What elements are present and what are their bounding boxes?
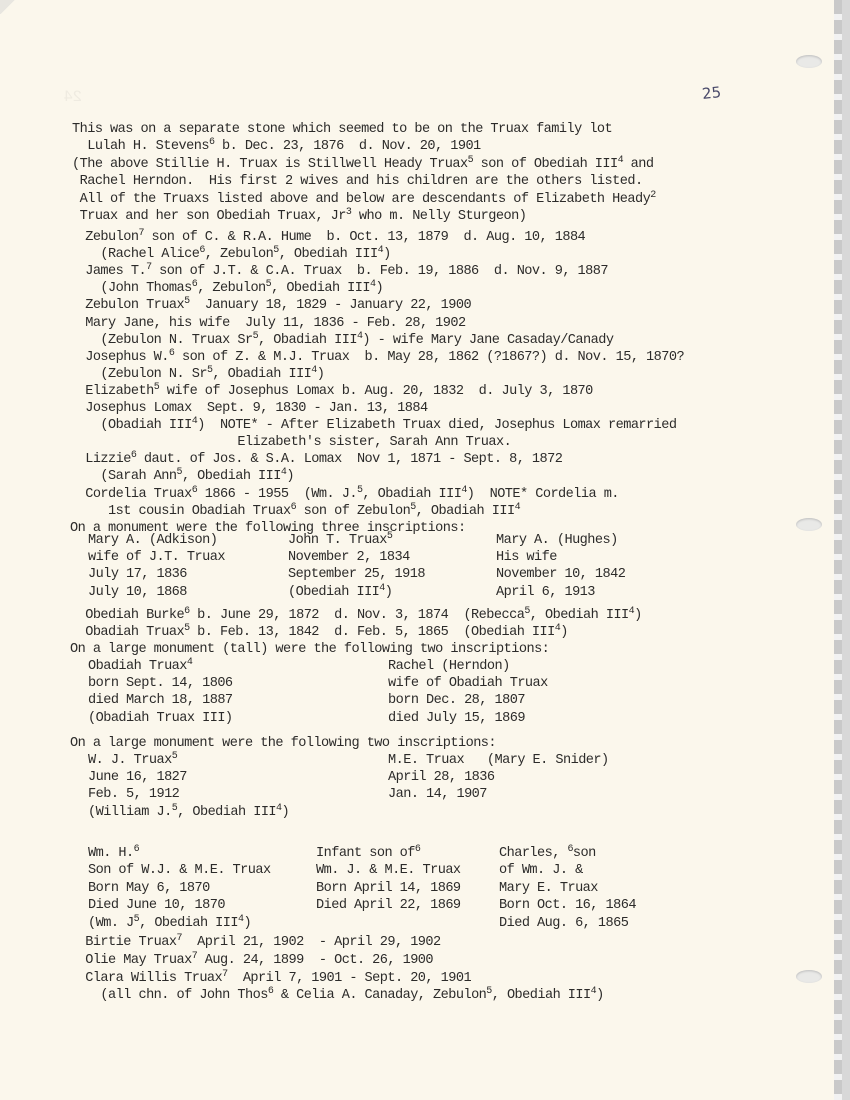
large-inscription-column-2: Jan. 14, 1907 xyxy=(388,786,487,803)
tall-inscription-column-2: wife of Obadiah Truax xyxy=(388,675,548,692)
generation-superscript: 5 xyxy=(177,467,182,478)
generation-superscript: 6 xyxy=(415,844,420,855)
generation-superscript: 4 xyxy=(629,606,634,617)
entry-line: James T.7 son of J.T. & C.A. Truax b. Fe… xyxy=(70,263,608,280)
generation-superscript: 5 xyxy=(134,914,139,925)
intro-line: All of the Truaxs listed above and below… xyxy=(72,191,656,208)
generation-superscript: 6 xyxy=(291,502,296,513)
generation-superscript: 7 xyxy=(192,951,197,962)
intro-line: (The above Stillie H. Truax is Stillwell… xyxy=(72,156,654,173)
entry-line: Elizabeth5 wife of Josephus Lomax b. Aug… xyxy=(70,383,593,400)
generation-superscript: 5 xyxy=(387,531,392,542)
entry-line: (Zebulon N. Sr5, Obadiah III4) xyxy=(70,366,324,383)
large-inscription-column-1: June 16, 1827 xyxy=(88,769,187,786)
child-stone-column-1: Wm. H.6 xyxy=(88,845,139,862)
generation-superscript: 4 xyxy=(591,986,596,997)
entry-line: Obediah Burke6 b. June 29, 1872 d. Nov. … xyxy=(70,607,642,624)
entry-line: (Sarah Ann5, Obediah III4) xyxy=(70,468,294,485)
entry-line: Zebulon Truax5 January 18, 1829 - Januar… xyxy=(70,297,471,314)
generation-superscript: 4 xyxy=(238,914,243,925)
child-stone-column-3: Died Aug. 6, 1865 xyxy=(499,915,628,932)
generation-superscript: 4 xyxy=(555,623,560,634)
tall-inscription-column-1: born Sept. 14, 1806 xyxy=(88,675,233,692)
entry-line: Elizabeth's sister, Sarah Ann Truax. xyxy=(70,434,511,451)
generation-superscript: 4 xyxy=(357,331,362,342)
entry-line: (all chn. of John Thos6 & Celia A. Canad… xyxy=(70,987,604,1004)
child-stone-column-1: Died June 10, 1870 xyxy=(88,897,225,914)
inscription-column-1: July 10, 1868 xyxy=(88,584,187,601)
generation-superscript: 7 xyxy=(146,262,151,273)
entry-line: Lizzie6 daut. of Jos. & S.A. Lomax Nov 1… xyxy=(70,451,562,468)
entry-line: Josephus Lomax Sept. 9, 1830 - Jan. 13, … xyxy=(70,400,428,417)
generation-superscript: 6 xyxy=(567,844,572,855)
generation-superscript: 5 xyxy=(266,279,271,290)
entry-line: (Zebulon N. Truax Sr5, Obadiah III4) - w… xyxy=(70,332,613,349)
generation-superscript: 5 xyxy=(154,382,159,393)
generation-superscript: 4 xyxy=(311,365,316,376)
inscription-column-2: September 25, 1918 xyxy=(288,566,425,583)
child-stone-column-2: Wm. J. & M.E. Truax xyxy=(316,862,461,879)
large-monument-heading: On a large monument were the following t… xyxy=(70,735,496,752)
generation-superscript: 6 xyxy=(134,844,139,855)
inscription-column-1: July 17, 1836 xyxy=(88,566,187,583)
large-inscription-column-1: Feb. 5, 1912 xyxy=(88,786,179,803)
child-stone-column-3: Mary E. Truax xyxy=(499,880,598,897)
generation-superscript: 5 xyxy=(468,155,473,166)
generation-superscript: 5 xyxy=(357,485,362,496)
generation-superscript: 5 xyxy=(524,606,529,617)
child-stone-column-2: Died April 22, 1869 xyxy=(316,897,461,914)
generation-superscript: 2 xyxy=(650,190,655,201)
generation-superscript: 4 xyxy=(378,245,383,256)
child-stone-column-3: of Wm. J. & xyxy=(499,862,583,879)
generation-superscript: 4 xyxy=(276,803,281,814)
intro-line: Truax and her son Obediah Truax, Jr3 who… xyxy=(72,208,526,225)
punch-hole-middle xyxy=(796,518,822,531)
folded-corner xyxy=(0,0,16,14)
generation-superscript: 6 xyxy=(192,485,197,496)
child-stone-column-2: Infant son of6 xyxy=(316,845,420,862)
generation-superscript: 5 xyxy=(184,623,189,634)
generation-superscript: 5 xyxy=(172,803,177,814)
generation-superscript: 4 xyxy=(192,416,197,427)
inscription-column-3: November 10, 1842 xyxy=(496,566,625,583)
entry-line: (Rachel Alice6, Zebulon5, Obediah III4) xyxy=(70,246,391,263)
generation-superscript: 6 xyxy=(209,137,214,148)
handwritten-page-number: 25 xyxy=(701,83,722,103)
tall-inscription-column-1: (Obadiah Truax III) xyxy=(88,710,233,727)
tall-inscription-column-2: born Dec. 28, 1807 xyxy=(388,692,525,709)
entry-line: Zebulon7 son of C. & R.A. Hume b. Oct. 1… xyxy=(70,229,585,246)
inscription-column-3: Mary A. (Hughes) xyxy=(496,532,618,549)
page-edge xyxy=(834,0,842,1100)
document-page: 24 25 This was on a separate stone which… xyxy=(0,0,842,1100)
generation-superscript: 5 xyxy=(207,365,212,376)
generation-superscript: 6 xyxy=(169,348,174,359)
child-stone-column-3: Born Oct. 16, 1864 xyxy=(499,897,636,914)
inscription-column-1: Mary A. (Adkison) xyxy=(88,532,217,549)
tall-monument-heading: On a large monument (tall) were the foll… xyxy=(70,641,549,658)
entry-line: Olie May Truax7 Aug. 24, 1899 - Oct. 26,… xyxy=(70,952,433,969)
generation-superscript: 5 xyxy=(253,331,258,342)
generation-superscript: 6 xyxy=(184,606,189,617)
generation-superscript: 4 xyxy=(370,279,375,290)
intro-line: Lulah H. Stevens6 b. Dec. 23, 1876 d. No… xyxy=(72,138,481,155)
bleed-through-page-number: 24 xyxy=(64,88,82,106)
generation-superscript: 6 xyxy=(131,450,136,461)
generation-superscript: 7 xyxy=(138,228,143,239)
punch-hole-top xyxy=(796,55,822,68)
entry-line: (Obadiah III4) NOTE* - After Elizabeth T… xyxy=(70,417,676,434)
entry-line: Birtie Truax7 April 21, 1902 - April 29,… xyxy=(70,934,441,951)
generation-superscript: 4 xyxy=(461,485,466,496)
generation-superscript: 7 xyxy=(177,933,182,944)
child-stone-column-3: Charles, 6son xyxy=(499,845,596,862)
entry-line: Mary Jane, his wife July 11, 1836 - Feb.… xyxy=(70,315,466,332)
generation-superscript: 5 xyxy=(486,986,491,997)
entry-line: Obadiah Truax5 b. Feb. 13, 1842 d. Feb. … xyxy=(70,624,568,641)
inscription-column-2: November 2, 1834 xyxy=(288,549,410,566)
child-stone-column-1: Born May 6, 1870 xyxy=(88,880,210,897)
entry-line: (John Thomas6, Zebulon5, Obediah III4) xyxy=(70,280,383,297)
inscription-column-1: wife of J.T. Truax xyxy=(88,549,225,566)
generation-superscript: 5 xyxy=(172,751,177,762)
inscription-column-3: April 6, 1913 xyxy=(496,584,595,601)
large-inscription-column-2: April 28, 1836 xyxy=(388,769,495,786)
inscription-column-2: John T. Truax5 xyxy=(288,532,392,549)
inscription-column-3: His wife xyxy=(496,549,557,566)
entry-line: Josephus W.6 son of Z. & M.J. Truax b. M… xyxy=(70,349,684,366)
generation-superscript: 6 xyxy=(199,245,204,256)
entry-line: Cordelia Truax6 1866 - 1955 (Wm. J.5, Ob… xyxy=(70,486,619,503)
generation-superscript: 5 xyxy=(184,296,189,307)
generation-superscript: 4 xyxy=(187,657,192,668)
inscription-column-2: (Obediah III4) xyxy=(288,584,392,601)
large-inscription-column-1: (William J.5, Obediah III4) xyxy=(88,804,289,821)
generation-superscript: 6 xyxy=(192,279,197,290)
intro-line: Rachel Herndon. His first 2 wives and hi… xyxy=(72,173,643,190)
large-inscription-column-2: M.E. Truax (Mary E. Snider) xyxy=(388,752,609,769)
generation-superscript: 7 xyxy=(222,969,227,980)
generation-superscript: 6 xyxy=(268,986,273,997)
child-stone-column-2: Born April 14, 1869 xyxy=(316,880,461,897)
generation-superscript: 4 xyxy=(281,467,286,478)
tall-inscription-column-2: Rachel (Herndon) xyxy=(388,658,510,675)
entry-line: 1st cousin Obadiah Truax6 son of Zebulon… xyxy=(70,503,520,520)
tall-inscription-column-2: died July 15, 1869 xyxy=(388,710,525,727)
entry-line: Clara Willis Truax7 April 7, 1901 - Sept… xyxy=(70,970,471,987)
intro-heading: This was on a separate stone which seeme… xyxy=(72,121,612,138)
generation-superscript: 4 xyxy=(515,502,520,513)
tall-inscription-column-1: died March 18, 1887 xyxy=(88,692,233,709)
child-stone-column-1: Son of W.J. & M.E. Truax xyxy=(88,862,271,879)
tall-inscription-column-1: Obadiah Truax4 xyxy=(88,658,192,675)
generation-superscript: 5 xyxy=(273,245,278,256)
generation-superscript: 5 xyxy=(410,502,415,513)
child-stone-column-1: (Wm. J5, Obediah III4) xyxy=(88,915,251,932)
large-inscription-column-1: W. J. Truax5 xyxy=(88,752,177,769)
generation-superscript: 4 xyxy=(379,583,384,594)
punch-hole-bottom xyxy=(796,970,822,983)
generation-superscript: 3 xyxy=(346,207,351,218)
generation-superscript: 4 xyxy=(618,155,623,166)
